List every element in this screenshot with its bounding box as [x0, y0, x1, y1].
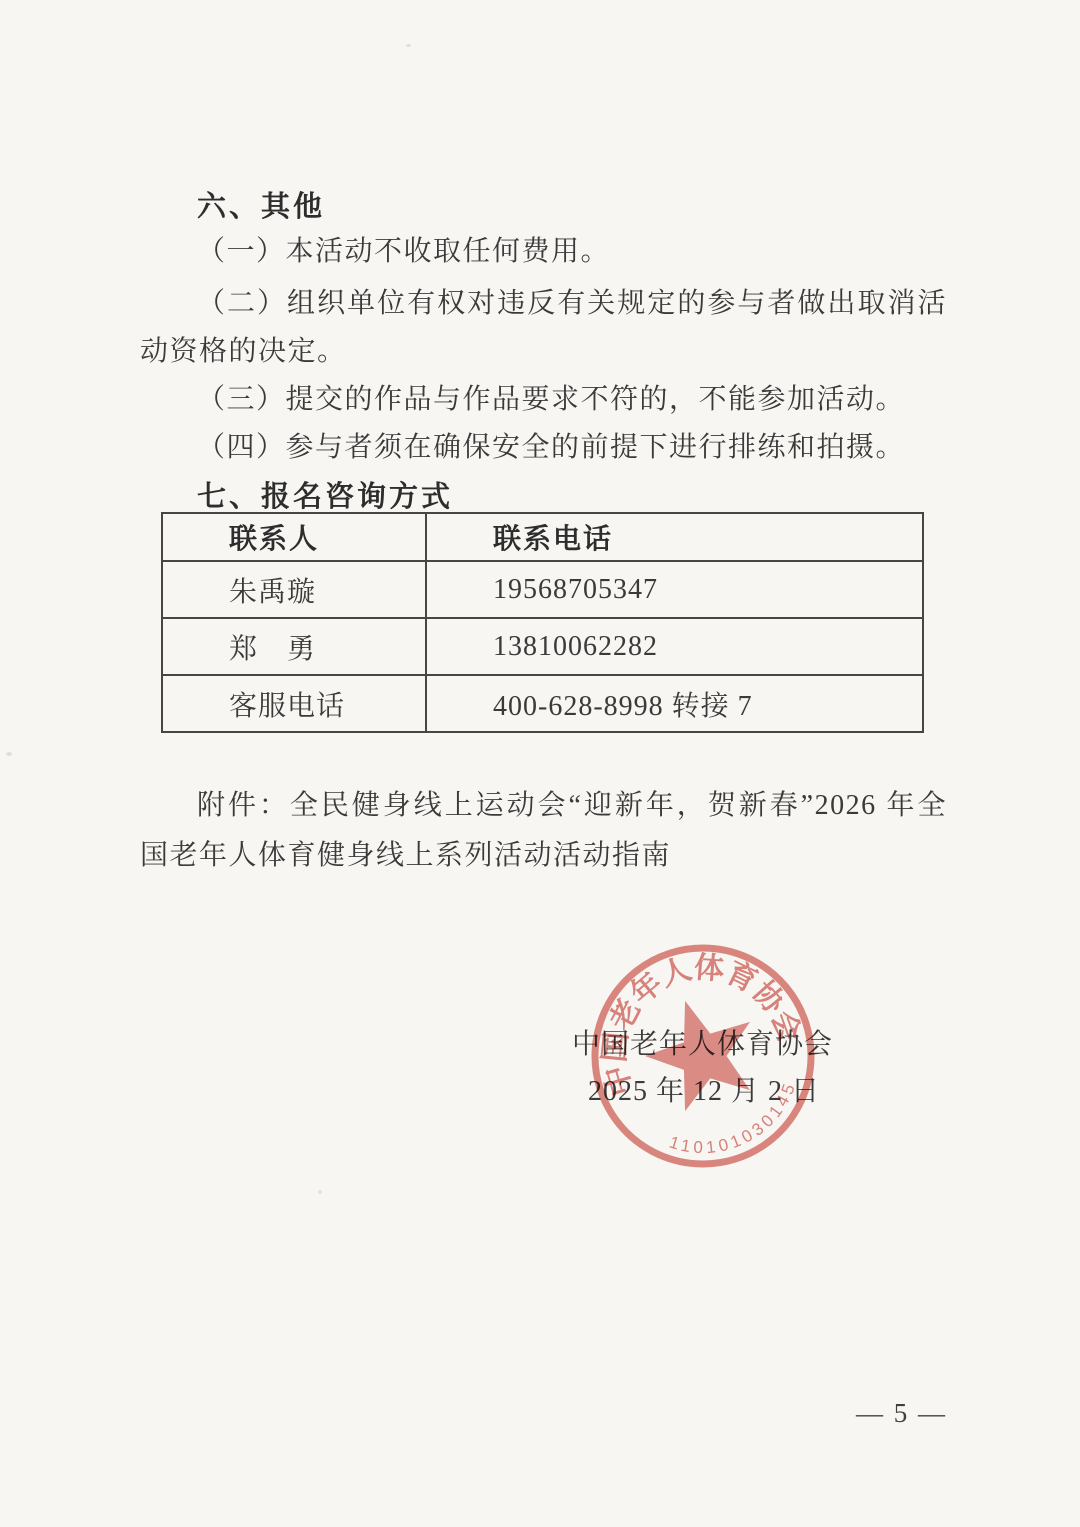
section-seven-heading: 七、报名咨询方式	[197, 474, 453, 515]
scan-speck	[318, 1190, 322, 1194]
table-row: 客服电话 400-628-8998 转接 7	[162, 675, 923, 732]
cell-contact-name: 朱禹璇	[162, 561, 426, 618]
table-row: 郑 勇 13810062282	[162, 618, 923, 675]
paragraph-item-4: （四）参与者须在确保安全的前提下进行排练和拍摄。	[197, 430, 905, 466]
official-seal-stamp: 中国老年人体育协会 110101030145	[578, 931, 828, 1181]
page-number: — 5 —	[856, 1398, 947, 1429]
cell-contact-phone: 13810062282	[426, 618, 923, 675]
cell-contact-phone: 400-628-8998 转接 7	[426, 675, 923, 732]
paragraph-item-2-line2: 动资格的决定。	[140, 334, 347, 370]
header-contact-person: 联系人	[162, 513, 426, 561]
document-page: 六、其他 （一）本活动不收取任何费用。 （二）组织单位有权对违反有关规定的参与者…	[0, 0, 1080, 1527]
cell-contact-phone: 19568705347	[426, 561, 923, 618]
table-header-row: 联系人 联系电话	[162, 513, 923, 561]
scan-speck	[6, 752, 12, 756]
section-six-heading: 六、其他	[197, 184, 325, 225]
paragraph-item-3: （三）提交的作品与作品要求不符的，不能参加活动。	[197, 382, 905, 418]
table-row: 朱禹璇 19568705347	[162, 561, 923, 618]
attachment-line1: 附件：全民健身线上运动会“迎新年，贺新春”2026 年全	[140, 788, 947, 824]
cell-contact-name: 客服电话	[162, 675, 426, 732]
attachment-line2: 国老年人体育健身线上系列活动活动指南	[140, 838, 671, 874]
paragraph-item-2-line1: （二）组织单位有权对违反有关规定的参与者做出取消活	[140, 286, 947, 322]
paragraph-item-1: （一）本活动不收取任何费用。	[197, 234, 610, 270]
contact-table: 联系人 联系电话 朱禹璇 19568705347 郑 勇 13810062282…	[161, 512, 924, 733]
header-contact-phone: 联系电话	[426, 513, 923, 561]
scan-speck	[406, 44, 411, 47]
cell-contact-name: 郑 勇	[162, 618, 426, 675]
